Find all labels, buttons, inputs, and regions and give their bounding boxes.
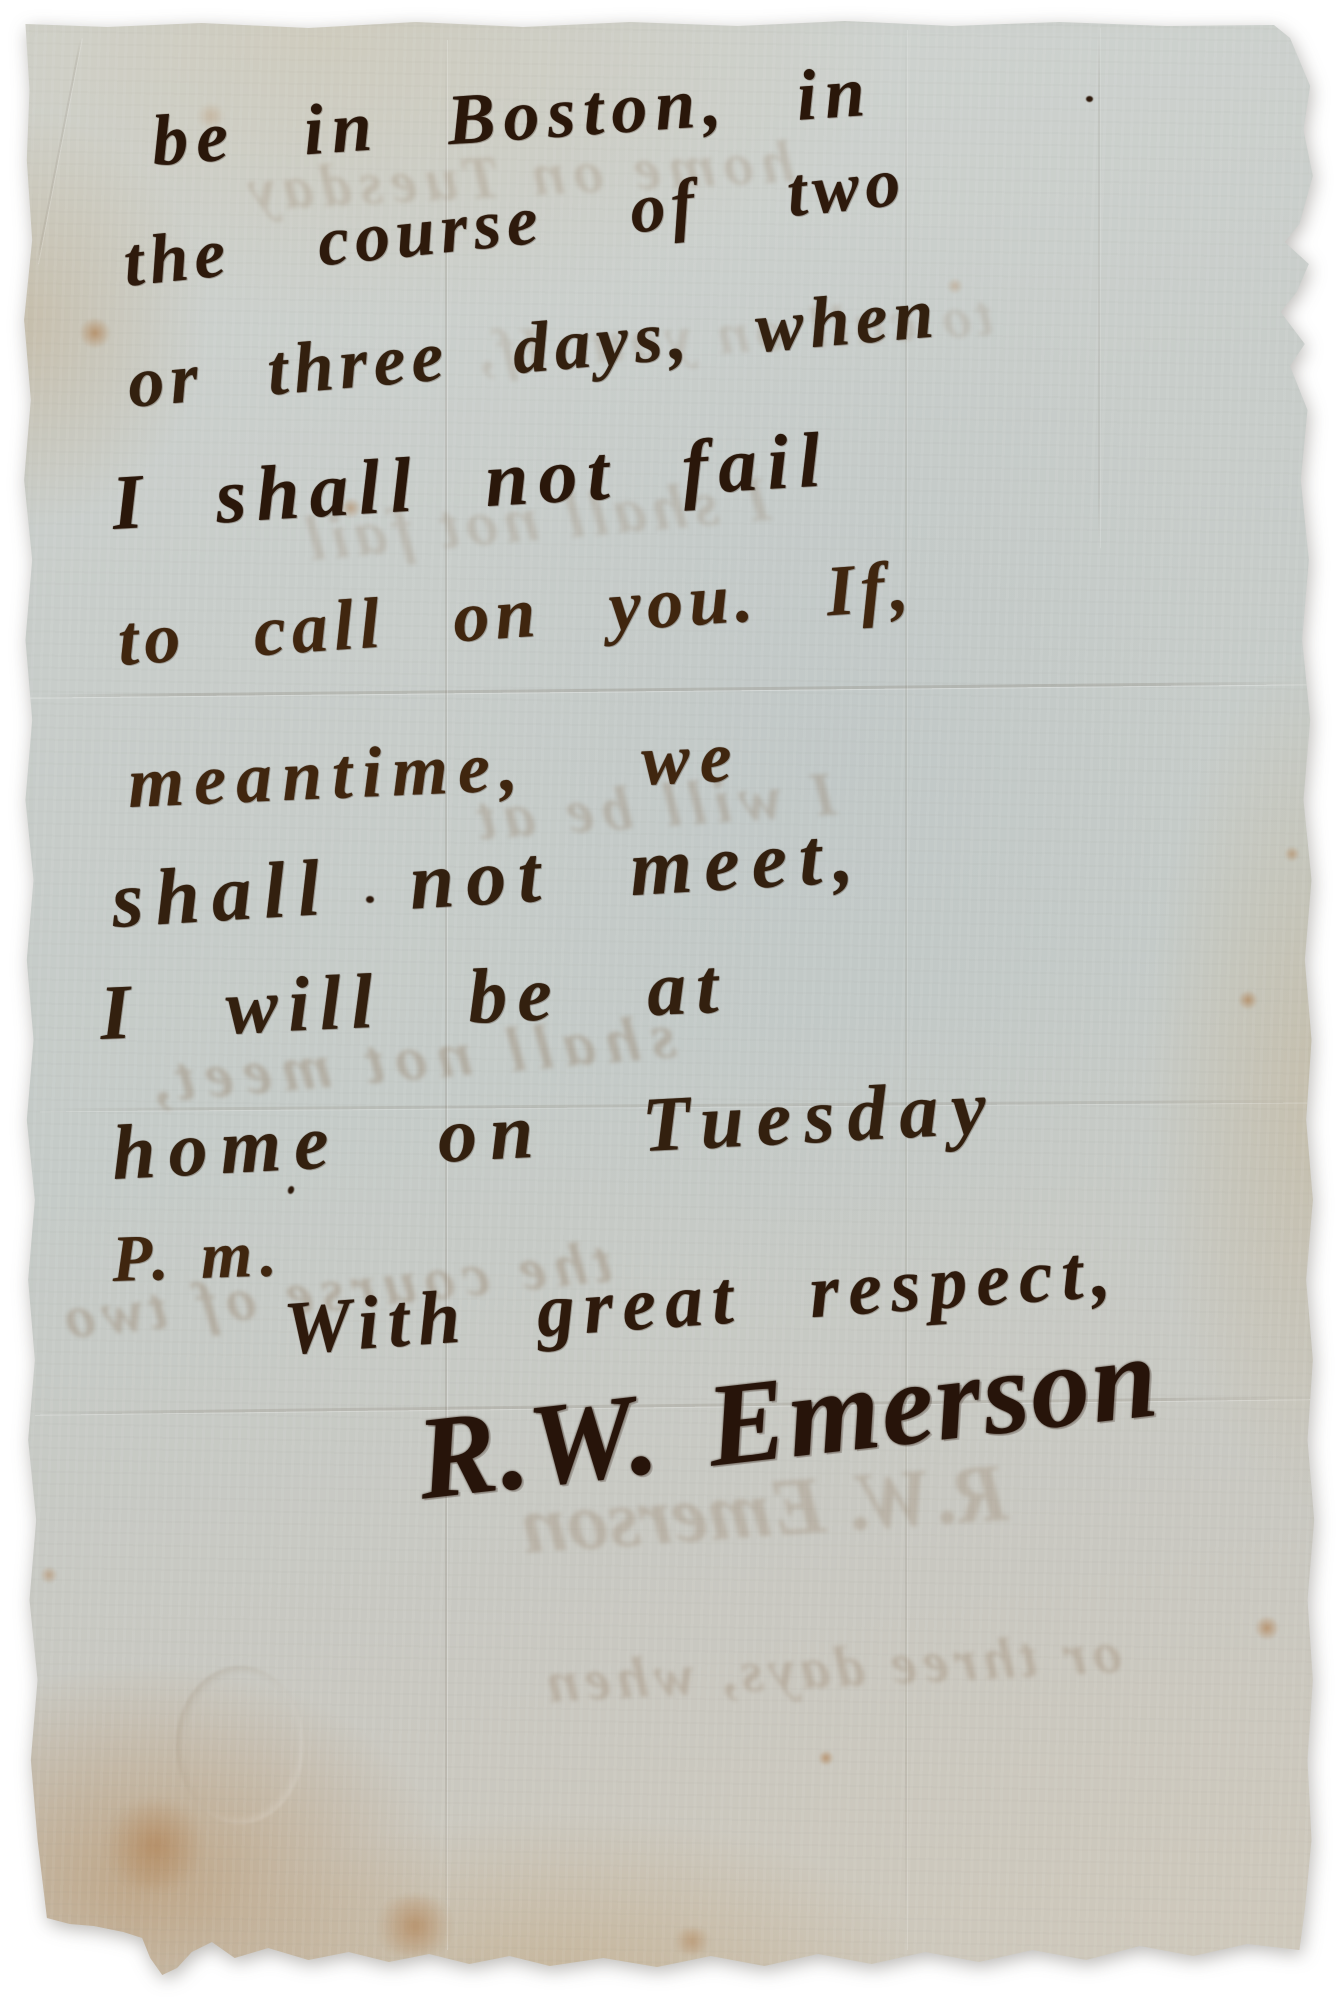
letter-line: I will be at — [98, 941, 730, 1058]
foxing-stain — [1254, 1616, 1280, 1640]
letter-line: I shall not fail — [109, 414, 832, 548]
fold-crease — [30, 681, 1310, 697]
foxing-stain — [100, 1800, 210, 1890]
letter-line: home on Tuesday — [110, 1062, 1001, 1198]
ink-bleedthrough: or three days, when — [539, 1619, 1123, 1716]
embossed-seal — [176, 1666, 304, 1824]
photo-backdrop: home on Tuesday to call on you. If, I sh… — [0, 0, 1341, 2000]
letter-line: shall not meet, — [109, 810, 867, 947]
foxing-stain — [40, 1566, 58, 1584]
ink-dot — [1086, 96, 1093, 102]
letter-line: or three days, when — [124, 271, 942, 425]
fold-crease — [1098, 28, 1100, 548]
paper-shadow: home on Tuesday to call on you. If, I sh… — [0, 0, 1341, 2000]
letter-line: P. m. — [111, 1216, 286, 1298]
fold-crease — [36, 38, 82, 264]
foxing-stain — [370, 1896, 460, 1956]
foxing-stain — [818, 1750, 834, 1766]
foxing-stain — [78, 318, 112, 348]
letter-line: to call on you. If, — [115, 544, 917, 682]
letter-paper: home on Tuesday to call on you. If, I sh… — [0, 0, 1341, 2000]
foxing-stain — [1284, 846, 1300, 862]
foxing-stain — [1238, 990, 1258, 1010]
foxing-stain — [670, 1928, 714, 1954]
letter-line: meantime, we — [126, 715, 743, 825]
foxing-stain — [946, 278, 964, 294]
